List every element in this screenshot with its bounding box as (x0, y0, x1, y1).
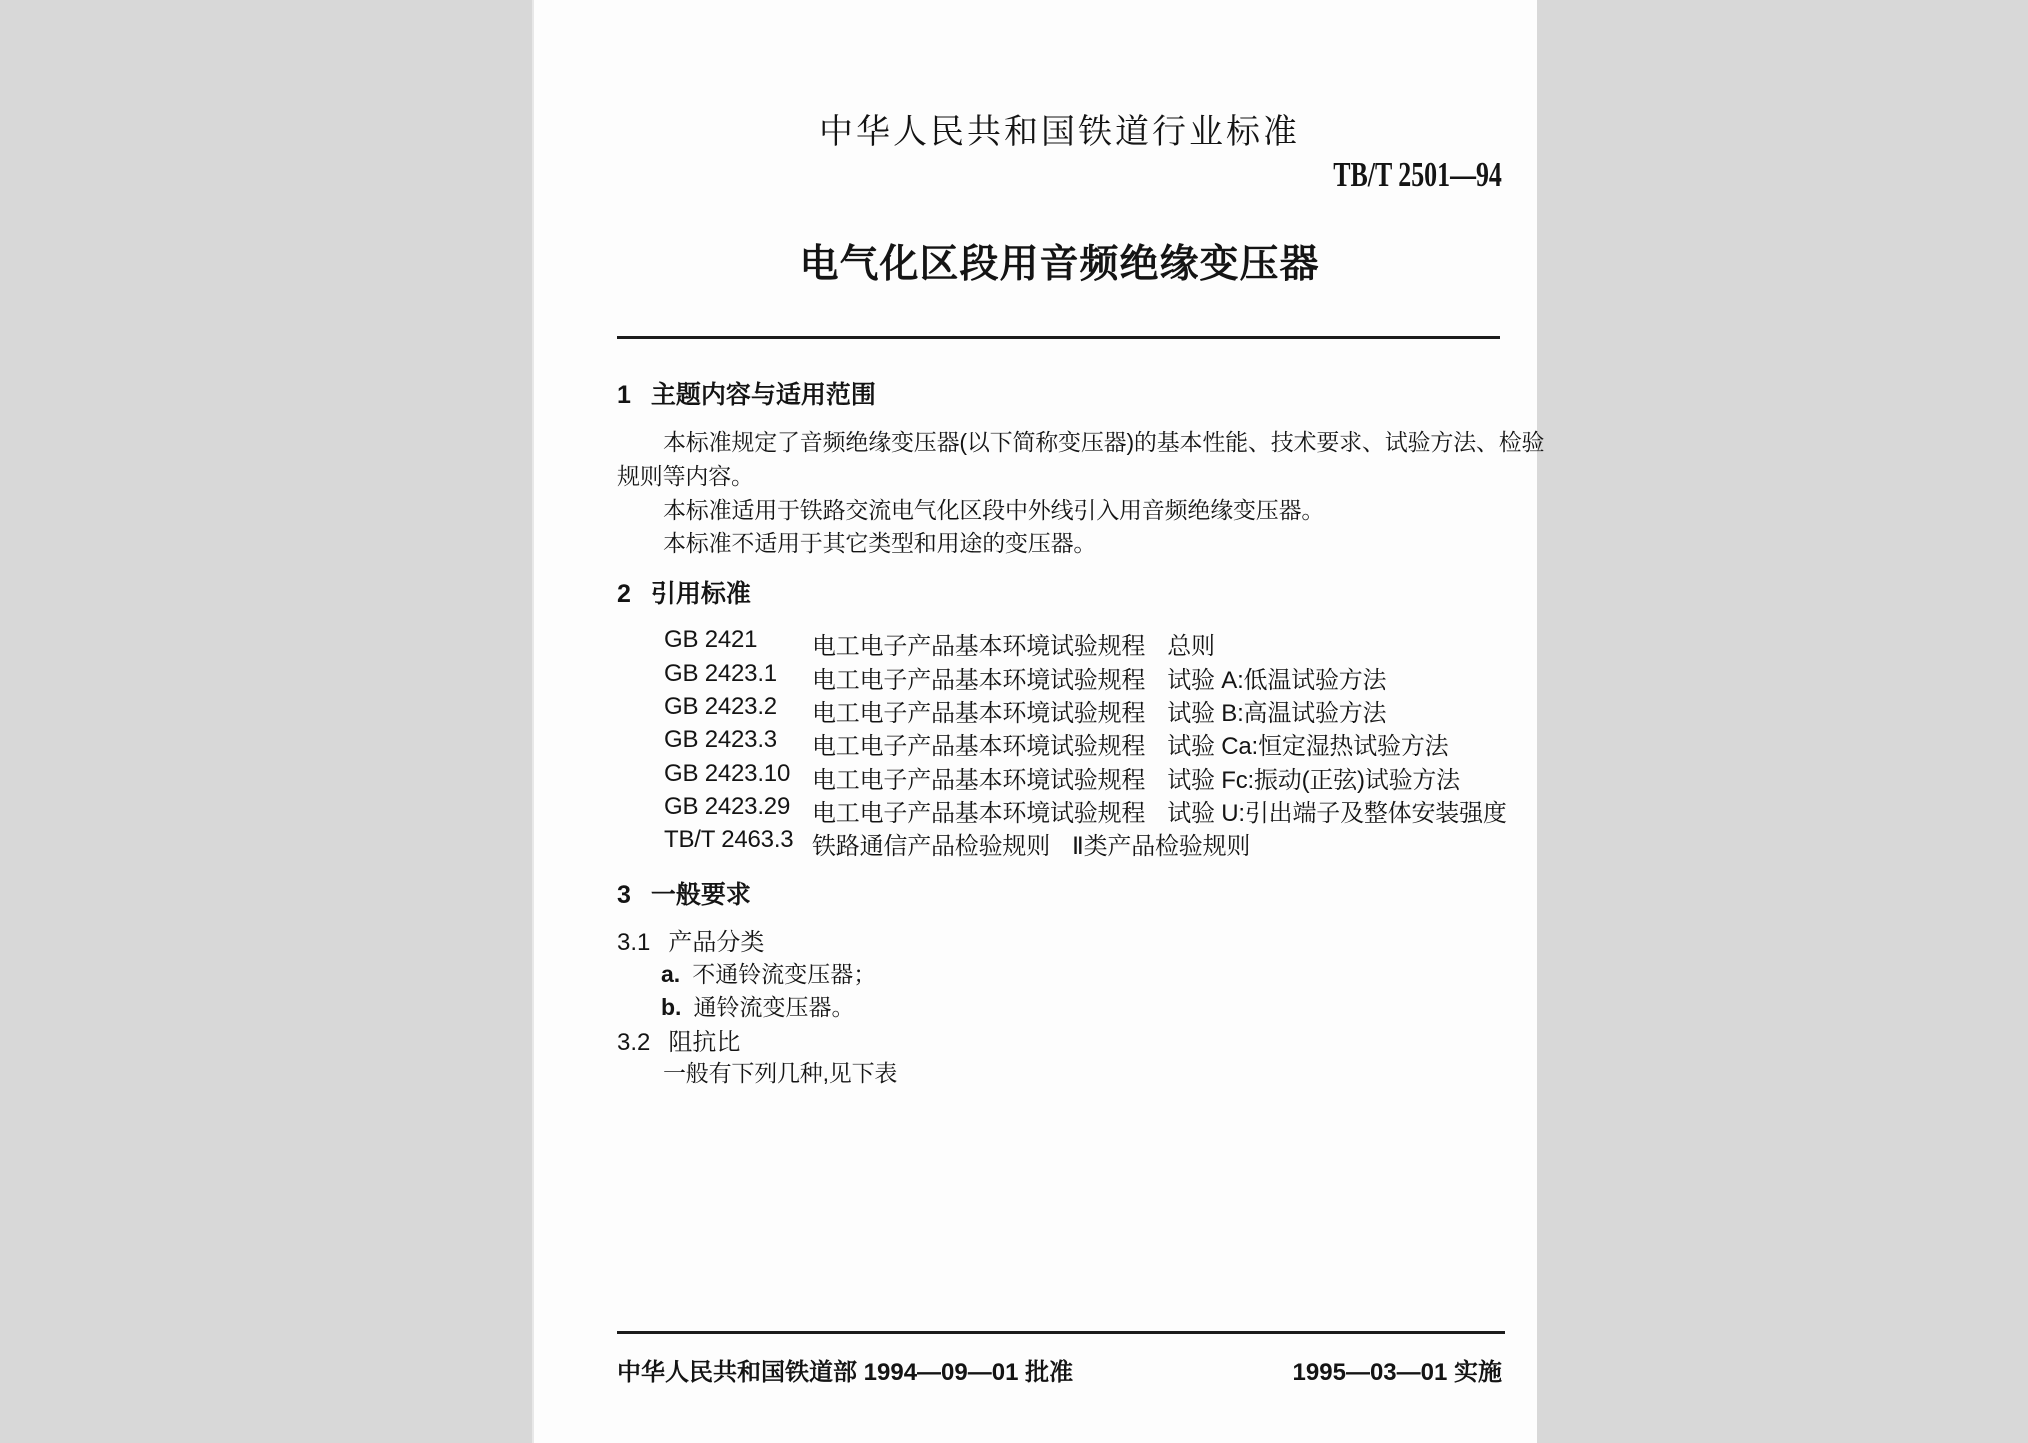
reference-code: GB 2423.29 (664, 793, 812, 828)
item-text: 通铃流变压器。 (693, 994, 854, 1020)
reference-code: GB 2423.1 (664, 660, 812, 695)
reference-subject: 试验 A:低温试验方法 (1167, 660, 1386, 695)
clause-title: 产品分类 (668, 929, 764, 956)
reference-code: GB 2423.10 (664, 760, 812, 795)
clause-3-2-heading: 3.2阻抗比 (617, 1022, 740, 1057)
screenshot-background: { "colors": { "background": "#d8d8d8", "… (0, 0, 2028, 1443)
reference-item: GB 2421 电工电子产品基本环境试验规程 总则 (664, 626, 1215, 661)
reference-subject: 试验 U:引出端子及整体安装强度 (1167, 793, 1506, 828)
reference-code: GB 2423.2 (664, 693, 812, 728)
section-2-heading: 2引用标准 (617, 574, 751, 610)
title-divider (617, 336, 1500, 339)
reference-body: 电工电子产品基本环境试验规程 (812, 726, 1145, 761)
clause-3-1-heading: 3.1产品分类 (617, 922, 764, 957)
reference-code: GB 2421 (664, 626, 812, 661)
standard-number: TB/T 2501—94 (1333, 155, 1502, 195)
implementation-date: 1995—03—01 实施 (1293, 1352, 1502, 1387)
reference-item: GB 2423.3 电工电子产品基本环境试验规程 试验 Ca:恒定湿热试验方法 (664, 726, 1448, 761)
section-number: 1 (617, 381, 631, 410)
paragraph-line: 本标准规定了音频绝缘变压器(以下简称变压器)的基本性能、技术要求、试验方法、检验 (663, 424, 1544, 457)
section-title: 引用标准 (651, 580, 751, 608)
classification-item-a: a.不通铃流变压器； (661, 956, 876, 989)
reference-body: 电工电子产品基本环境试验规程 (812, 760, 1145, 795)
paragraph-line: 本标准适用于铁路交流电气化区段中外线引入用音频绝缘变压器。 (663, 492, 1324, 525)
footer-divider (617, 1331, 1505, 1334)
reference-item: GB 2423.10 电工电子产品基本环境试验规程 试验 Fc:振动(正弦)试验… (664, 760, 1460, 795)
section-title: 一般要求 (651, 881, 751, 909)
approval-date: 中华人民共和国铁道部 1994—09—01 批准 (617, 1352, 1073, 1387)
document-page: 中华人民共和国铁道行业标准 TB/T 2501—94 电气化区段用音频绝缘变压器… (532, 0, 1537, 1443)
clause-title: 阻抗比 (668, 1029, 740, 1056)
paragraph-line: 本标准不适用于其它类型和用途的变压器。 (663, 525, 1096, 558)
reference-subject: 总则 (1167, 626, 1215, 661)
reference-body: 电工电子产品基本环境试验规程 (812, 793, 1145, 828)
classification-item-b: b.通铃流变压器。 (661, 989, 854, 1022)
reference-code: TB/T 2463.3 (664, 826, 812, 861)
section-number: 3 (617, 881, 631, 910)
page-content: 中华人民共和国铁道行业标准 TB/T 2501—94 电气化区段用音频绝缘变压器… (617, 0, 1502, 1443)
reference-body: 电工电子产品基本环境试验规程 (812, 626, 1145, 661)
reference-item: GB 2423.1 电工电子产品基本环境试验规程 试验 A:低温试验方法 (664, 660, 1386, 695)
reference-body: 电工电子产品基本环境试验规程 (812, 660, 1145, 695)
reference-item: GB 2423.2 电工电子产品基本环境试验规程 试验 B:高温试验方法 (664, 693, 1386, 728)
reference-body: 铁路通信产品检验规则 (812, 826, 1050, 861)
section-1-heading: 1主题内容与适用范围 (617, 375, 876, 411)
reference-subject: 试验 B:高温试验方法 (1167, 693, 1386, 728)
reference-item: TB/T 2463.3 铁路通信产品检验规则 Ⅱ类产品检验规则 (664, 826, 1250, 861)
reference-subject: 试验 Fc:振动(正弦)试验方法 (1167, 760, 1460, 795)
section-title: 主题内容与适用范围 (651, 381, 876, 409)
item-text: 不通铃流变压器； (692, 961, 876, 987)
reference-item: GB 2423.29 电工电子产品基本环境试验规程 试验 U:引出端子及整体安装… (664, 793, 1507, 828)
clause-number: 3.2 (617, 1029, 650, 1057)
section-number: 2 (617, 580, 631, 609)
clause-3-2-text: 一般有下列几种,见下表 (663, 1055, 897, 1088)
reference-subject: 试验 Ca:恒定湿热试验方法 (1167, 726, 1448, 761)
reference-body: 电工电子产品基本环境试验规程 (812, 693, 1145, 728)
paragraph-line: 规则等内容。 (617, 458, 754, 491)
reference-subject: Ⅱ类产品检验规则 (1072, 826, 1250, 861)
clause-number: 3.1 (617, 929, 650, 957)
reference-code: GB 2423.3 (664, 726, 812, 761)
item-label: b. (661, 994, 681, 1021)
document-title: 电气化区段用音频绝缘变压器 (617, 233, 1502, 289)
item-label: a. (661, 961, 680, 988)
standard-category-header: 中华人民共和国铁道行业标准 (617, 104, 1502, 153)
section-3-heading: 3一般要求 (617, 875, 751, 911)
